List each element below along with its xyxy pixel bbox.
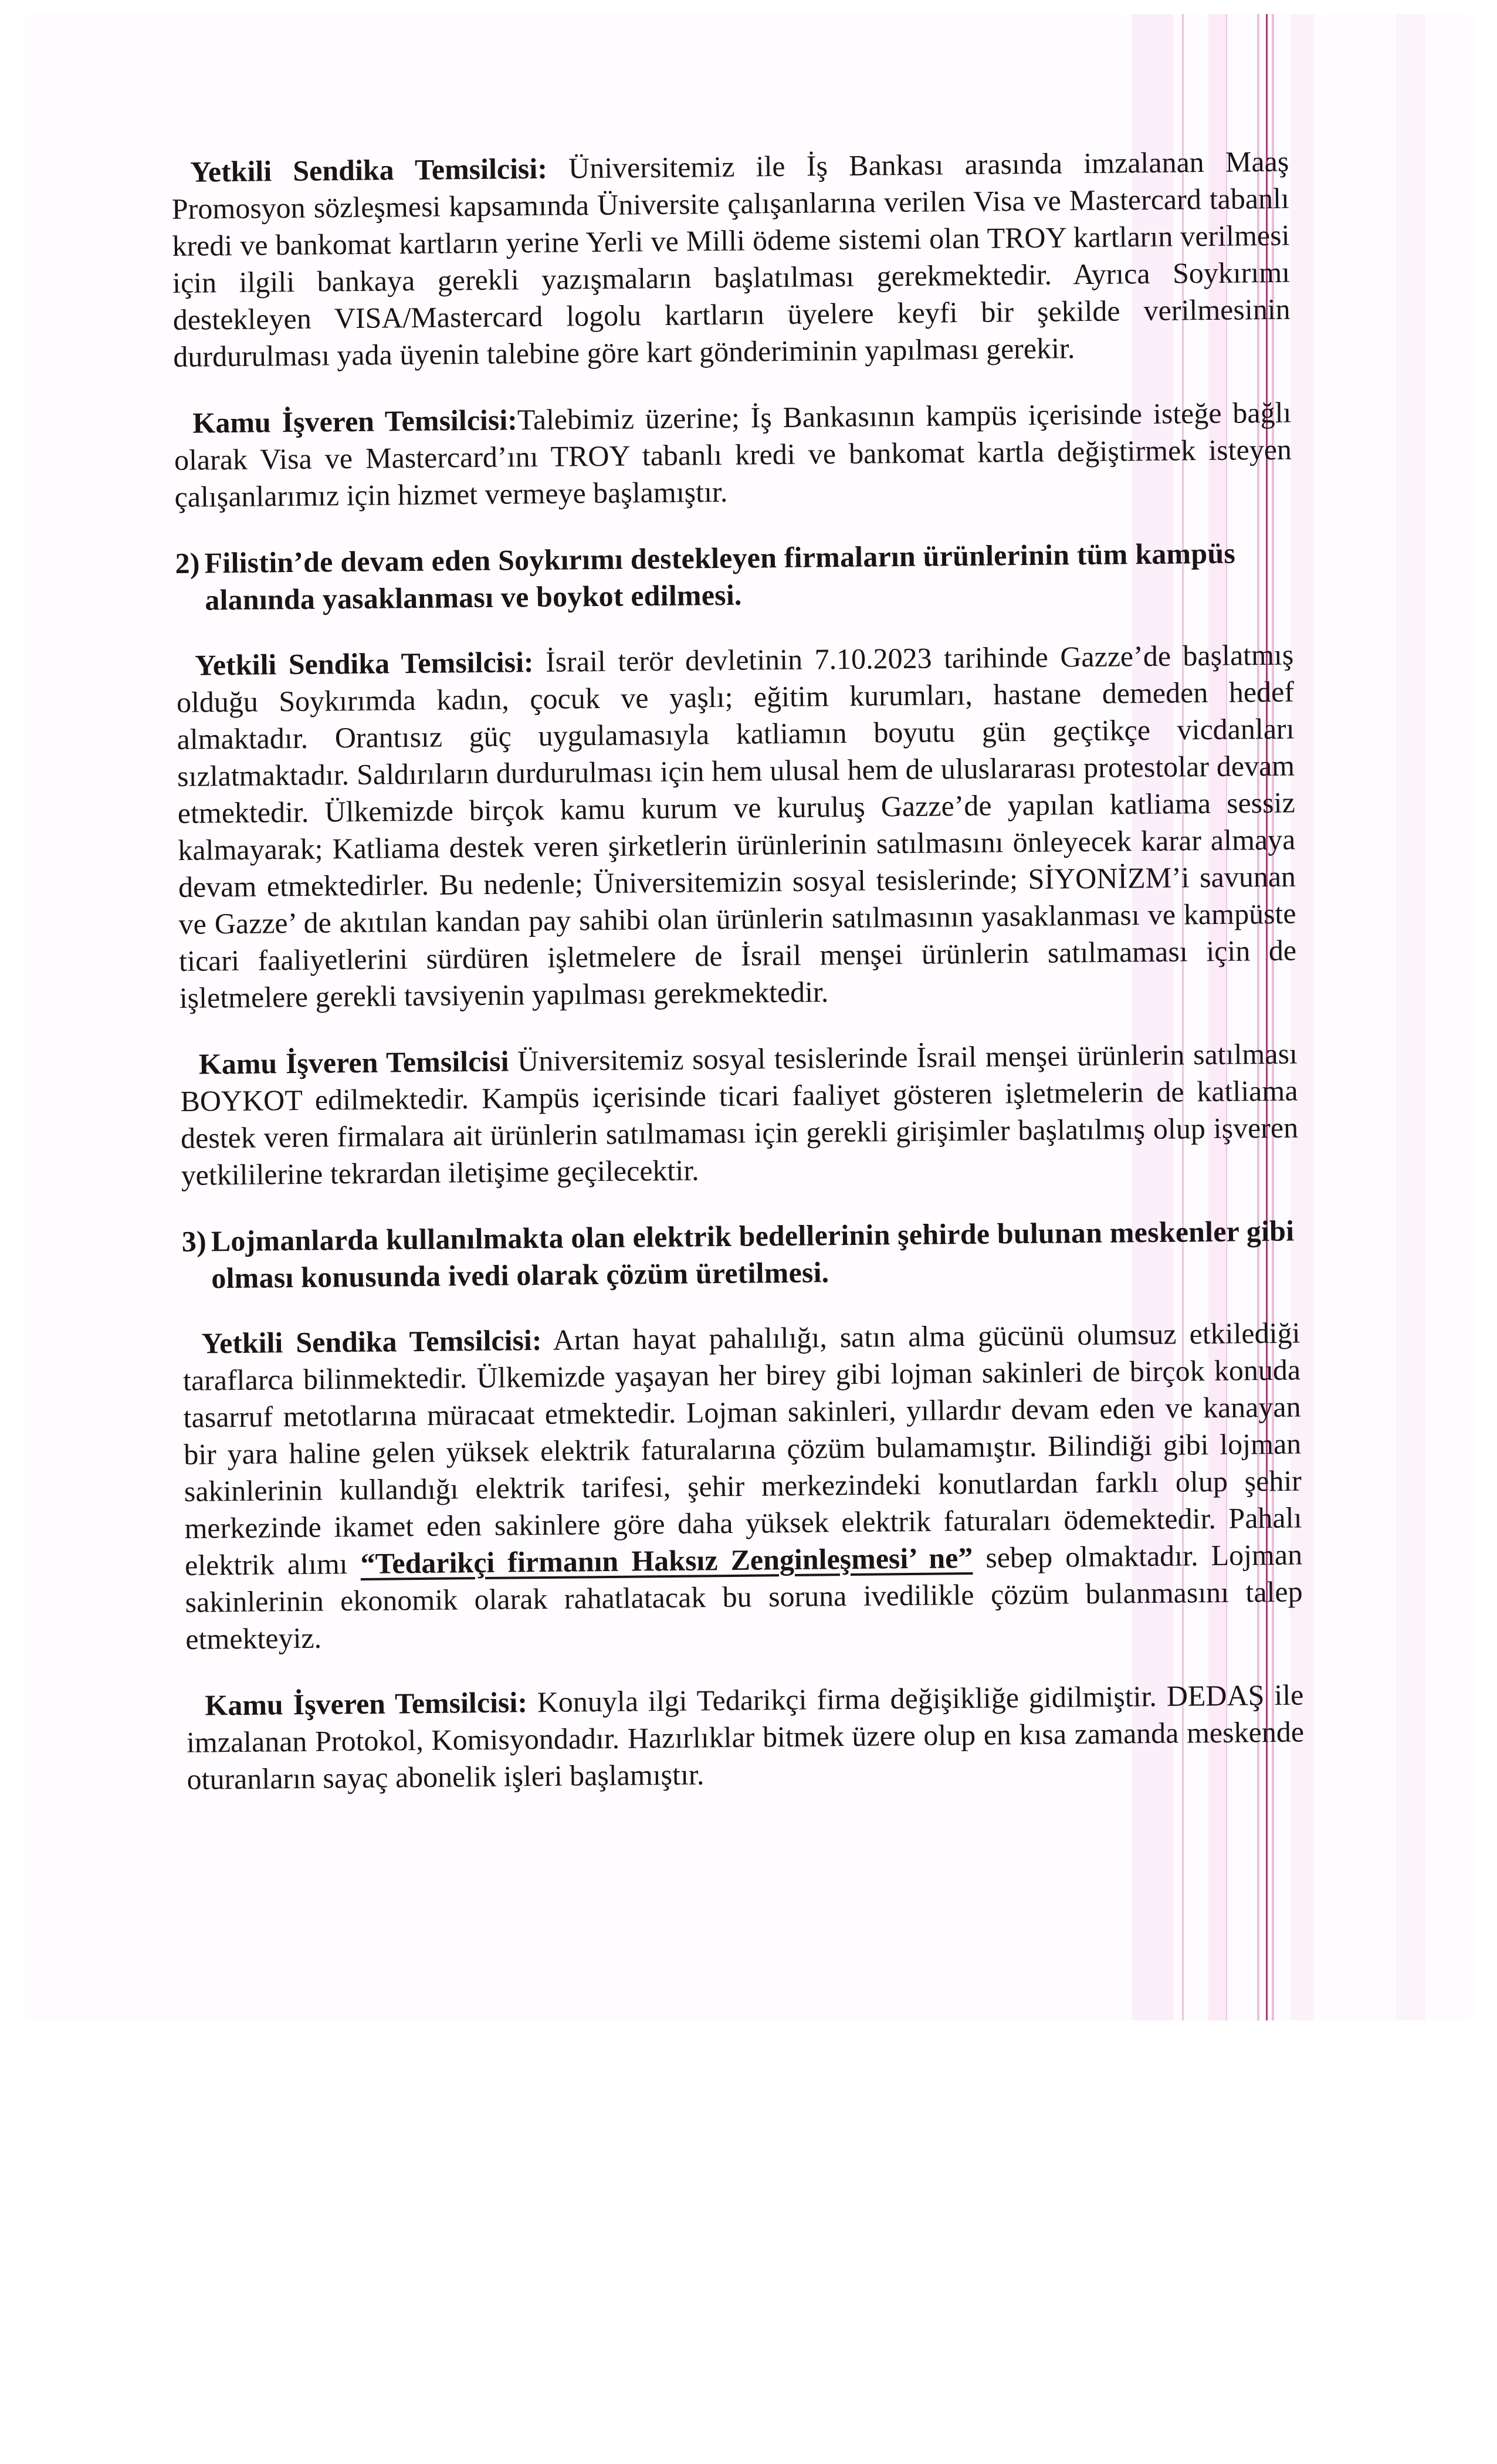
speaker-label: Kamu İşveren Temsilcisi bbox=[199, 1045, 509, 1081]
agenda-item-3-heading: 3)Lojmanlarda kullanılmakta olan elektri… bbox=[181, 1213, 1299, 1297]
employer-rep-statement-2: Kamu İşveren Temsilcisi Üniversitemiz so… bbox=[180, 1035, 1299, 1194]
speaker-label: Yetkili Sendika Temsilcisi: bbox=[195, 645, 534, 682]
statement-text: İsrail terör devletinin 7.10.2023 tarihi… bbox=[177, 638, 1297, 1014]
union-rep-statement-2: Yetkili Sendika Temsilcisi: İsrail terör… bbox=[176, 637, 1297, 1017]
speaker-label: Yetkili Sendika Temsilcisi: bbox=[190, 152, 547, 188]
union-rep-statement-1: Yetkili Sendika Temsilcisi: Üniversitemi… bbox=[171, 143, 1291, 375]
document-body: Yetkili Sendika Temsilcisi: Üniversitemi… bbox=[171, 143, 1305, 1827]
agenda-item-2-heading: 2)Filistin’de devam eden Soykırımı deste… bbox=[175, 534, 1293, 619]
item-number: 3) bbox=[181, 1223, 211, 1260]
item-title: Lojmanlarda kullanılmakta olan elektrik … bbox=[211, 1214, 1295, 1295]
speaker-label: Kamu İşveren Temsilcisi: bbox=[205, 1685, 527, 1721]
union-rep-statement-3: Yetkili Sendika Temsilcisi: Artan hayat … bbox=[182, 1315, 1303, 1658]
item-number: 2) bbox=[175, 544, 205, 581]
employer-rep-statement-3: Kamu İşveren Temsilcisi: Konuyla ilgi Te… bbox=[186, 1677, 1305, 1798]
speaker-label: Yetkili Sendika Temsilcisi: bbox=[201, 1324, 542, 1360]
emphasized-phrase: “Tedarikçi firmanın Haksız Zenginleşmesi… bbox=[360, 1541, 973, 1580]
employer-rep-statement-1: Kamu İşveren Temsilcisi:Talebimiz üzerin… bbox=[174, 394, 1292, 516]
speaker-label: Kamu İşveren Temsilcisi: bbox=[192, 403, 517, 439]
item-title: Filistin’de devam eden Soykırımı destekl… bbox=[204, 537, 1235, 617]
